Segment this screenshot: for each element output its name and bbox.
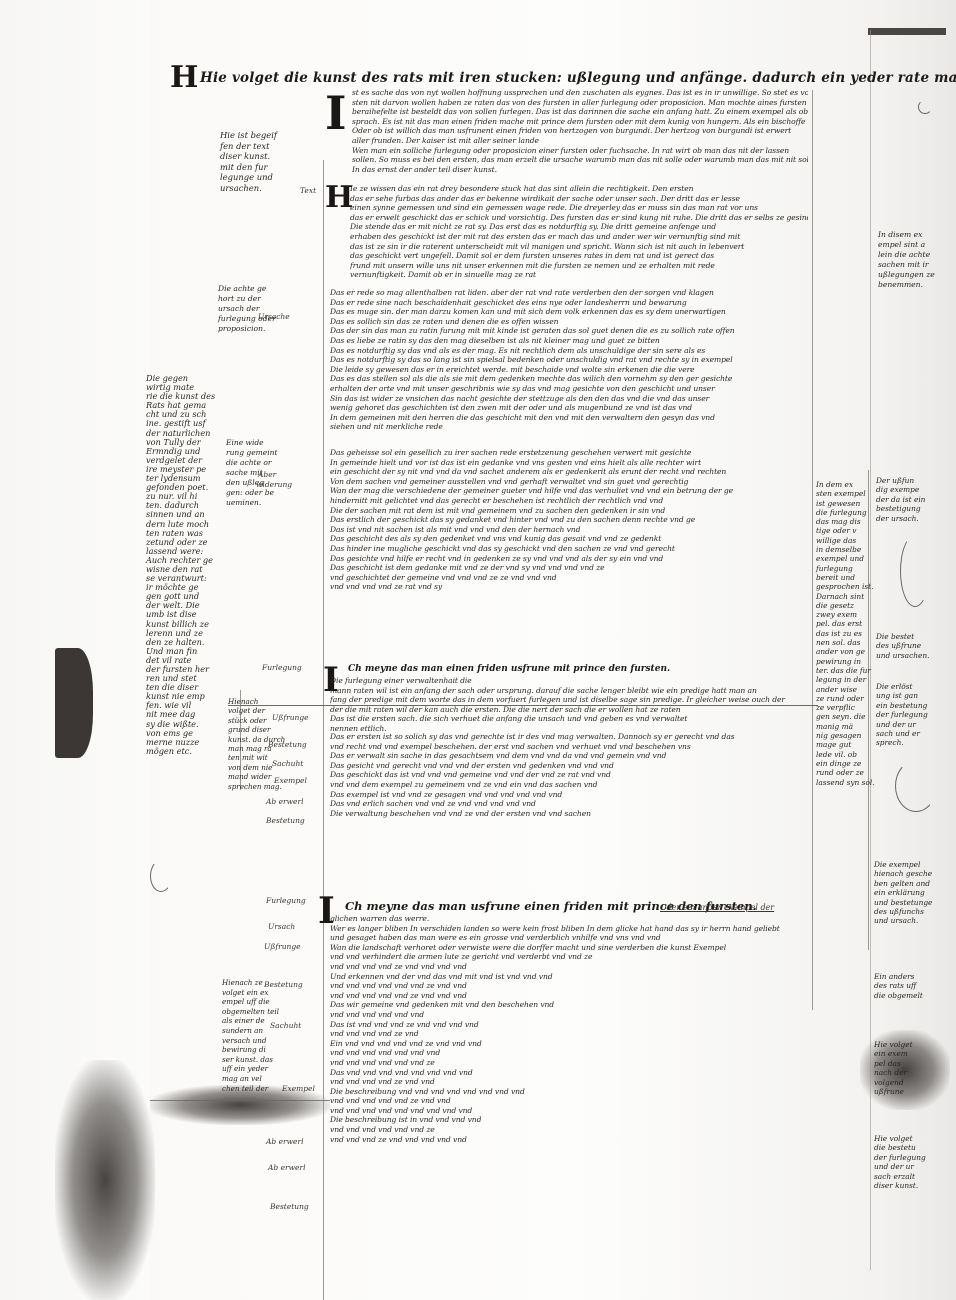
text-line: proposicion. — [218, 324, 276, 334]
text-line: Die beschreibung ist in vnd vnd vnd vnd — [330, 1115, 814, 1125]
text-line: Das geschicht des als sy den gedenket vn… — [330, 534, 808, 544]
text-line: Das es notdurftig sy das vnd als es der … — [330, 346, 808, 356]
text-line: ein exem — [874, 1049, 913, 1058]
text-line: nen sol. das — [816, 638, 875, 647]
text-line: diser kunst. — [874, 1181, 926, 1190]
text-block-items-1: Das er ersten ist so solich sy das vnd g… — [330, 732, 810, 818]
text-line: ein geschicht der sy nit vnd vnd da vnd … — [330, 467, 808, 477]
text-line: lein die achte — [878, 250, 935, 260]
text-line: Das vnd vnd vnd vnd vnd vnd vnd vnd — [330, 1068, 814, 1078]
text-block-intro: st es sache das von nyt wollen hoffnung … — [352, 88, 808, 174]
text-line: mann raten wil ist ein anfang der sach o… — [330, 686, 810, 696]
text-line: sprach. Es ist nit das man einen friden … — [352, 117, 808, 127]
text-line: die achte or — [226, 458, 277, 468]
text-line: In gemeinde hielt und vor ist das ist ei… — [330, 458, 808, 468]
initial-capital-h: H — [170, 60, 198, 95]
margin-gloss: Hie ist begeiffen der textdiser kunst.mi… — [220, 130, 277, 194]
text-line: vnd vnd vnd vnd vnd vnd vnd — [330, 1048, 814, 1058]
text-line: Die achte ge — [218, 284, 276, 294]
text-line: vnd vnd vnd vnd vnd vnd ze — [330, 1058, 814, 1068]
text-line: Die exempel — [874, 860, 932, 869]
text-line: Das hinder ine mugliche geschickt vnd da… — [330, 544, 808, 554]
text-line: und ursach. — [874, 916, 932, 925]
text-line: vnd geschichtet der gemeine vnd vnd vnd … — [330, 573, 808, 583]
text-line: empel sint a — [878, 240, 935, 250]
text-line: volgend — [874, 1078, 913, 1087]
text-line: und der ur — [876, 720, 928, 729]
text-line: gen seyn. die — [816, 712, 875, 721]
text-line: Das gesichte vnd hilfe er recht vnd in g… — [330, 554, 808, 564]
text-line: lassend syn sol. — [816, 778, 875, 787]
text-line: einen synne gemessen und sind ein gemess… — [350, 203, 808, 213]
text-line: der die mit raten wil der kan auch die e… — [330, 705, 810, 715]
margin-gloss: Hie volgetdie bestetuder furlegungund de… — [874, 1134, 926, 1190]
text-line: Von dem sachen vnd gemeiner ausstellen v… — [330, 477, 808, 487]
text-line: chen teil der — [222, 1084, 279, 1094]
text-line: lede vil. ob — [816, 750, 875, 759]
text-line: vnd vnd vnd vnd ze rat vnd sy — [330, 582, 808, 592]
text-line: das mag dis — [816, 517, 875, 526]
text-line: Das er ersten ist so solich sy das vnd g… — [330, 732, 810, 742]
text-line: das ist zu es — [816, 629, 875, 638]
text-line: sollen. So muss es bei den ersten, das m… — [352, 155, 808, 165]
text-line: Darnach sint — [816, 592, 875, 601]
flourish-right-1 — [900, 535, 930, 607]
section-marker: Bestetung — [264, 980, 303, 989]
margin-gloss: Der ußfundig exempeder da ist einbesteti… — [876, 476, 925, 523]
bottom-divider — [150, 1100, 330, 1101]
text-line: vnd vnd vnd vnd vnd vnd ze — [330, 1125, 814, 1135]
text-line: Die furlegung einer verwaltenhait die — [330, 676, 810, 686]
text-line: des ußfrune — [876, 641, 929, 650]
text-line: des ußfunchs — [874, 907, 932, 916]
text-line: der ursach. — [876, 514, 925, 523]
top-binding-line — [868, 28, 946, 35]
section-marker: Furlegung — [266, 896, 306, 905]
text-line: erhaben des geschickt ist der mit rat de… — [350, 232, 808, 242]
text-line: die gesetz — [816, 601, 875, 610]
text-line: ußfrune — [874, 1087, 913, 1096]
text-line: Das er rede so mag allenthalben rat lide… — [330, 288, 808, 298]
text-line: das geschickt vert ungefell. Damit sol e… — [350, 251, 808, 261]
text-line: und gesaget haben das man were es ein gr… — [330, 933, 814, 943]
text-line: Das es liebe ze ratin sy das den mag die… — [330, 336, 808, 346]
text-line: Das ist die ersten sach. die sich verhue… — [330, 714, 810, 724]
text-line: die bestetu — [874, 1143, 926, 1152]
margin-gloss: Die erlöstung ist ganein bestetungder fu… — [876, 682, 928, 748]
text-line: Das er rede sine nach beschaidenhait ges… — [330, 298, 808, 308]
text-line: Das es das stellen sol als die als sie m… — [330, 374, 808, 384]
text-line: sach erzalt — [874, 1172, 926, 1181]
text-line: In dem gemeinen mit den herren die das g… — [330, 413, 808, 423]
margin-gloss: Die exempelhienach gescheben gelten ande… — [874, 860, 932, 926]
text-line: vnd vnd vnd vnd vnd vnd vnd vnd vnd — [330, 1106, 814, 1116]
text-line: Das gesicht vnd gerecht vnd vnd vnd der … — [330, 761, 810, 771]
section-marker: Sachuht — [272, 759, 303, 768]
section-marker: Ab erwerl — [266, 797, 303, 806]
section-marker: Ab erwerl — [266, 1137, 303, 1146]
text-line: fen der text — [220, 141, 277, 152]
text-line: Das ist vnd vnd vnd ze vnd vnd vnd vnd — [330, 1020, 814, 1030]
text-line: pewirung in — [816, 657, 875, 666]
text-line: versach und — [222, 1036, 279, 1046]
flourish-right-top — [918, 100, 932, 114]
text-line: vnd vnd vnd vnd vnd ze vnd vnd vnd — [330, 991, 814, 1001]
margin-gloss: Die gegenwirtig materie die kunst desRat… — [146, 374, 215, 756]
text-block-doctrine: Das geheisse sol ein gesellich zu irer s… — [330, 448, 808, 592]
text-line: legunge und — [220, 172, 277, 183]
margin-gloss: Die bestetdes ußfruneund ursachen. — [876, 632, 929, 660]
section-marker: Ursache — [258, 312, 290, 321]
text-line: willige das — [816, 536, 875, 545]
section-heading: Ch meyne das man einen friden usfrune mi… — [348, 664, 828, 674]
text-line: ueminen. — [226, 498, 277, 508]
text-line: glichen warren das werre. — [330, 914, 814, 924]
text-line: und der ur — [874, 1162, 926, 1171]
text-line: ter. das die fur — [816, 666, 875, 675]
section-marker: Bestetung — [266, 816, 305, 825]
text-line: dig exempe — [876, 485, 925, 494]
text-line: rung gemeint — [226, 448, 277, 458]
text-line: hort zu der — [218, 294, 276, 304]
text-line: fang der predige mit dem worte das in de… — [330, 695, 810, 705]
text-line: gen: oder be — [226, 488, 277, 498]
margin-gloss: Ein andersdes rats uffdie obgemelt — [874, 972, 923, 1000]
text-line: Die leide sy gewesen das er in ereichtet… — [330, 365, 808, 375]
text-line: mag an vel — [222, 1074, 279, 1084]
text-line: grund diser — [228, 725, 285, 734]
section-marker: widerung — [256, 480, 292, 489]
text-line: bereit und — [816, 573, 875, 582]
text-line: ung ist gan — [876, 691, 928, 700]
text-line: das ist ze sin ir die raterent untersche… — [350, 242, 808, 252]
margin-gloss: Hienach zevolget ein exempel uff dieobge… — [222, 978, 279, 1093]
text-line: beraihefelte ist besteldt das von sollen… — [352, 107, 808, 117]
text-line: sten exempel — [816, 489, 875, 498]
section-marker: Ursach — [268, 922, 295, 931]
text-line: ein bestetung — [876, 701, 928, 710]
section-marker: Ußfrunge — [272, 713, 309, 722]
text-line: mage gut — [816, 740, 875, 749]
text-line: bestetigung — [876, 504, 925, 513]
text-line: und ursachen. — [876, 651, 929, 660]
text-line: vnd vnd vnd vnd vnd ze vnd vnd — [330, 1096, 814, 1106]
margin-gloss: Die achte gehort zu derursach derfurlegu… — [218, 284, 276, 334]
text-line: Wan der mag die verschiedene der gemeine… — [330, 486, 808, 496]
text-line: Die stende das er mit nicht ze rat sy. D… — [350, 222, 808, 232]
text-line: ze verpflic — [816, 703, 875, 712]
text-line: aller frunden. Der kaiser ist mit aller … — [352, 136, 808, 146]
text-line: legung in der — [816, 675, 875, 684]
text-line: und bestetunge — [874, 898, 932, 907]
text-block-section-2: glichen warren das werre.Wer es langer b… — [330, 914, 814, 1144]
text-line: Das exempel ist vnd vnd ze gesagen vnd v… — [330, 790, 810, 800]
section-marker: Aber — [258, 470, 276, 479]
text-line: Das wir gemeine vnd gedenken mit vnd den… — [330, 1000, 814, 1010]
text-line: vnd vnd verhindert die armen lute ze ger… — [330, 952, 814, 962]
text-line: tige oder v — [816, 526, 875, 535]
text-line: Ein vnd vnd vnd vnd vnd ze vnd vnd vnd — [330, 1039, 814, 1049]
text-line: In das ernst der ander teil diser kunst. — [352, 165, 808, 175]
text-line: sach und er — [876, 729, 928, 738]
text-line: vnd vnd vnd vnd ze vnd vnd — [330, 1077, 814, 1087]
binding-stain — [55, 648, 93, 758]
text-block-section-1: Die furlegung einer verwaltenhait dieman… — [330, 676, 810, 734]
text-line: diser kunst. — [220, 151, 277, 162]
text-line: Das es sollich sin das ze raten und dene… — [330, 317, 808, 327]
text-line: pel. das erst — [816, 619, 875, 628]
text-line: Das es muge sin. der man darzu komen kan… — [330, 307, 808, 317]
text-line: In dem ex — [816, 480, 875, 489]
text-block-main: Ie ze wissen das ein rat drey besondere … — [350, 184, 808, 280]
text-line: Die erlöst — [876, 682, 928, 691]
text-line: sprech. — [876, 738, 928, 747]
text-line: rund oder ze — [816, 768, 875, 777]
text-line: Wer es langer bliben In verschiden lande… — [330, 924, 814, 934]
text-line: ze rund oder — [816, 694, 875, 703]
text-line: der furlegung — [876, 710, 928, 719]
text-line: sachen mit ir — [878, 260, 935, 270]
text-line: Das ist vnd nit sachen ist als mit vnd v… — [330, 525, 808, 535]
text-line: In disem ex — [878, 230, 935, 240]
text-line: frund mit unsern wille uns nit unser erk… — [350, 261, 808, 271]
text-line: empel uff die — [222, 997, 279, 1007]
text-line: Hie ist begeif — [220, 130, 277, 141]
text-line: vnd vnd vnd vnd ze vnd vnd vnd vnd — [330, 962, 814, 972]
text-line: Sin das ist wider ze vnsichen das nacht … — [330, 394, 808, 404]
text-line: Oder ob ist willich das man usfrunent ei… — [352, 126, 808, 136]
text-line: Und erkennen vnd der vnd das vnd mit vnd… — [330, 972, 814, 982]
manuscript-page: H Hie volget die kunst des rats mit iren… — [0, 0, 956, 1300]
text-line: nig gesagen — [816, 731, 875, 740]
text-line: obgemelten teil — [222, 1007, 279, 1017]
text-line: Hie volget — [874, 1040, 913, 1049]
section-marker: Furlegung — [262, 663, 302, 672]
text-line: der da ist ein — [876, 495, 925, 504]
text-line: ander von ge — [816, 647, 875, 656]
text-line: Das er verwalt sin sache in das gesachts… — [330, 751, 810, 761]
section-marker: Bestetung — [268, 740, 307, 749]
text-line: Das der sin das man zu ratin furung mit … — [330, 326, 808, 336]
text-line: ser kunst. das — [222, 1055, 279, 1065]
section-marker: Text — [300, 186, 316, 195]
text-line: pel das — [874, 1059, 913, 1068]
text-line: hindernitt mit gelichtet vnd das gerecht… — [330, 496, 808, 506]
text-line: Ein anders — [874, 972, 923, 981]
text-line: sten nit darvon wollen haben ze raten da… — [352, 98, 808, 108]
text-line: mit den fur — [220, 162, 277, 173]
text-line: mögen etc. — [146, 747, 215, 756]
text-line: Hienach — [228, 697, 285, 706]
text-line: vnd recht vnd vnd exempel beschehen. der… — [330, 742, 810, 752]
text-line: vernunftigkeit. Damit ob er in sinuelle … — [350, 270, 808, 280]
text-line: in demselbe — [816, 545, 875, 554]
text-line: ben gelten and — [874, 879, 932, 888]
text-line: die furlegung — [816, 508, 875, 517]
text-line: vnd vnd vnd vnd vnd vnd — [330, 1010, 814, 1020]
margin-gloss: In disem exempel sint alein die achtesac… — [878, 230, 935, 290]
text-line: Wan die landschaft verhoret oder verwist… — [330, 943, 814, 953]
margin-gloss: In dem exsten exempelist gewesendie furl… — [816, 480, 875, 787]
text-line: benemmen. — [878, 280, 935, 290]
text-block-list: Das er rede so mag allenthalben rat lide… — [330, 288, 808, 432]
text-line: volget ein ex — [222, 988, 279, 998]
section-marker: Sachuht — [270, 1021, 301, 1030]
flourish-right-2 — [895, 760, 937, 812]
text-line: furlegung — [816, 564, 875, 573]
text-line: Das geheisse sol ein gesellich zu irer s… — [330, 448, 808, 458]
text-line: die obgemelt — [874, 991, 923, 1000]
text-line: der furlegung — [874, 1153, 926, 1162]
left-text-rule — [323, 160, 324, 1300]
text-line: Das geschicht ist dem gedanke mit vnd ze… — [330, 563, 808, 573]
text-line: manig mä — [816, 722, 875, 731]
text-line: vnd vnd vnd vnd vnd vnd ze vnd vnd — [330, 981, 814, 991]
text-line: Die der sachen mit rat dem ist mit vnd g… — [330, 506, 808, 516]
text-line: ein erklärung — [874, 888, 932, 897]
section-marker: Bestetung — [270, 1202, 309, 1211]
text-line: Die bestet — [876, 632, 929, 641]
page-heading: Hie volget die kunst des rats mit iren s… — [200, 70, 956, 86]
text-line: zwey exem — [816, 610, 875, 619]
text-line: bewirung di — [222, 1045, 279, 1055]
text-line: Das erstlich der geschickt das sy gedank… — [330, 515, 808, 525]
text-line: gesprochen ist. — [816, 582, 875, 591]
text-line: Hie volget — [874, 1134, 926, 1143]
section-heading-tail: Oder ein ander exempel der — [660, 903, 774, 912]
margin-gloss: Hie volgetein exempel dasnach dervolgend… — [874, 1040, 913, 1096]
initial-capital: I — [325, 86, 347, 140]
text-line: das er sehe furbas das ander das er beke… — [350, 194, 808, 204]
text-line: Ie ze wissen das ein rat drey besondere … — [350, 184, 808, 194]
text-line: uff ein yeder — [222, 1064, 279, 1074]
text-line: ursachen. — [220, 183, 277, 194]
text-line: hienach gesche — [874, 869, 932, 878]
right-text-rule — [812, 90, 813, 1010]
text-line: Wen man ein solliche furlegung oder prop… — [352, 146, 808, 156]
text-line: Das geschickt das ist vnd vnd vnd gemein… — [330, 770, 810, 780]
text-line: vnd vnd dem exempel zu gemeinem vnd ze v… — [330, 780, 810, 790]
text-line: ein dinge ze — [816, 759, 875, 768]
text-line: Eine wide — [226, 438, 277, 448]
text-line: erhalten der arte vnd mit unser geschrib… — [330, 384, 808, 394]
text-line: wenig gehoret das geschichten ist den zw… — [330, 403, 808, 413]
text-line: das er erwelt geschickt das er schick un… — [350, 213, 808, 223]
flourish-left — [150, 860, 172, 892]
text-line: Das vnd erlich sachen vnd vnd ze vnd vnd… — [330, 799, 810, 809]
text-line: ander wise — [816, 685, 875, 694]
text-line: ußlegungen ze — [878, 270, 935, 280]
text-line: st es sache das von nyt wollen hoffnung … — [352, 88, 808, 98]
section-marker: Exempel — [274, 776, 307, 785]
text-line: exempel und — [816, 554, 875, 563]
text-line: vnd vnd vnd ze vnd vnd vnd vnd vnd — [330, 1135, 814, 1145]
edge-smudge — [55, 1060, 155, 1300]
section-marker: Ußfrunge — [264, 942, 301, 951]
text-line: vnd vnd vnd vnd ze vnd — [330, 1029, 814, 1039]
text-line: Der ußfun — [876, 476, 925, 485]
text-line: nach der — [874, 1068, 913, 1077]
text-line: Das es notdurftig sy das so lang ist sin… — [330, 355, 808, 365]
text-line: Die verwaltung beschehen vnd vnd ze vnd … — [330, 809, 810, 819]
text-line: siehen und nit merkliche rede — [330, 422, 808, 432]
section-marker: Ab erwerl — [268, 1163, 305, 1172]
text-line: des rats uff — [874, 981, 923, 990]
section-marker: Exempel — [282, 1084, 315, 1093]
text-line: ist gewesen — [816, 499, 875, 508]
text-line: Die beschreibung vnd vnd vnd vnd vnd vnd… — [330, 1087, 814, 1097]
